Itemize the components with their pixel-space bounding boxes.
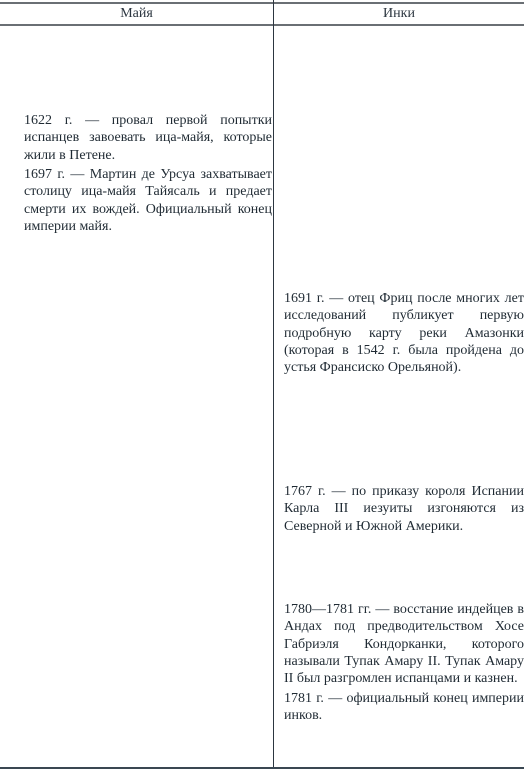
column-header-maya: Майя [0,5,273,23]
maya-entry-1622: 1622 г. — провал первой попытки испанцев… [24,112,272,164]
inca-entry-1767: 1767 г. — по приказу короля Испании Карл… [284,483,524,535]
inca-entry-1780: 1780—1781 гг. — восстание индейцев в Анд… [284,601,524,687]
maya-entry-1697: 1697 г. — Мартин де Урсуа захватывает ст… [24,166,272,235]
column-divider [273,0,274,768]
inca-entry-1781: 1781 г. — официальный конец империи инко… [284,690,524,725]
inca-entry-1691: 1691 г. — отец Фриц после многих лет исс… [284,290,524,376]
column-header-inca: Инки [274,5,524,23]
table-bottom-rule [0,767,524,769]
table-top-rule [0,2,524,4]
header-rule [0,24,524,26]
